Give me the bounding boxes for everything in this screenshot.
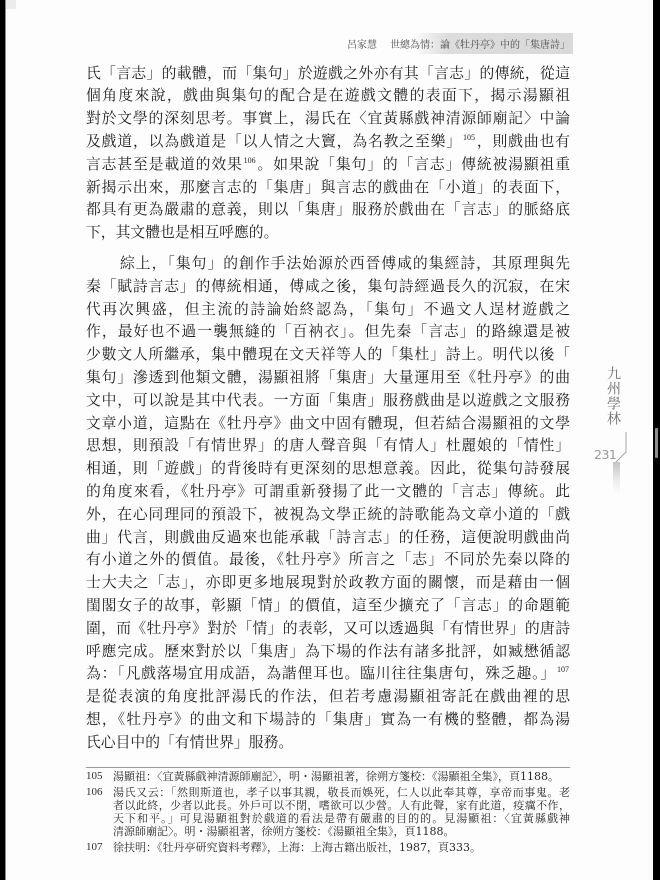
body-line: 的角度來看，《牡丹亭》可謂重新發揚了此一文體的「言志」傳統。此: [86, 481, 570, 504]
body-line: 文章小道，這點在《牡丹亭》曲文中固有體現，但若結合湯顯祖的文學: [86, 413, 570, 436]
journal-logo: 九州學林: [603, 366, 623, 426]
body-line: 曲」代言，則戲曲反過來也能承載「詩言志」的任務，這便說明戲曲尚: [86, 527, 570, 550]
footnote-106: 106 湯氏又云：「然則斯道也，孝子以事其親，敬長而娛死，仁人以此奉其尊，享帝而…: [86, 786, 570, 838]
page-number: 231: [594, 447, 616, 462]
page-corner-mark: [6, 0, 16, 9]
body-text: 氏「言志」的載體，而「集句」於遊戲之外亦有其「言志」的傳統，從這 個角度來說，戲…: [86, 63, 570, 755]
body-line: 為：「凡戲落場宜用成語，為諧俚耳也。臨川往往集唐句，殊乏趣。」107: [86, 663, 570, 686]
footnote-text: 湯氏又云：「然則斯道也，孝子以事其親，敬長而娛死，仁人以此奉其尊，享帝而事鬼。老…: [113, 786, 570, 838]
line-text: 為：「凡戲落場宜用成語，為諧俚耳也。臨川往往集唐句，殊乏趣。」: [86, 665, 556, 682]
footnote-line: 天下和平。」可見湯顯祖對於戲道的看法是帶有嚴肅的目的的。見湯顯祖：〈宜黃縣戲神: [113, 812, 570, 825]
footnote-text: 湯顯祖：〈宜黃縣戲神清源師廟記〉，明・湯顯祖著，徐朔方箋校：《湯顯祖全集》，頁1…: [113, 770, 570, 783]
footnote-105: 105 湯顯祖：〈宜黃縣戲神清源師廟記〉，明・湯顯祖著，徐朔方箋校：《湯顯祖全集…: [86, 770, 570, 783]
line-text: 。如果說「集句」的「言志」傳統被湯顯祖重: [257, 156, 570, 173]
header-author: 呂家慧: [347, 36, 377, 51]
body-line: 代再次興盛，但主流的詩論始終認為，「集句」不過文人逞材遊戲之: [86, 299, 570, 322]
header-article-title: 世總為情：論《牡丹亭》中的「集唐詩」: [390, 36, 570, 51]
line-text: ，則戲曲也有: [476, 133, 570, 150]
body-line: 言志甚至是載道的效果106。如果說「集句」的「言志」傳統被湯顯祖重: [86, 154, 570, 177]
footnote-line: 湯顯祖：〈宜黃縣戲神清源師廟記〉，明・湯顯祖著，徐朔方箋校：《湯顯祖全集》，頁1…: [113, 770, 570, 783]
body-line: 相通，則「遊戲」的背後時有更深刻的思想意義。因此，從集句詩發展: [86, 458, 570, 481]
footnote-text: 徐扶明：《牡丹亭研究資料考釋》，上海：上海古籍出版社，1987，頁333。: [113, 841, 570, 854]
footnote-107: 107 徐扶明：《牡丹亭研究資料考釋》，上海：上海古籍出版社，1987，頁333…: [86, 841, 570, 854]
body-line: 氏心目中的「有情世界」服務。: [86, 732, 570, 755]
footnote-number: 107: [86, 841, 113, 854]
body-line: 新揭示出來，那麼言志的「集唐」與言志的戲曲在「小道」的表面下，: [86, 177, 570, 200]
body-line: 閨閣女子的故事，彰顯「情」的價值，這至少擴充了「言志」的命題範: [86, 595, 570, 618]
body-line: 想，《牡丹亭》的曲文和下場詩的「集唐」實為一有機的整體，都為湯: [86, 709, 570, 732]
running-header: 呂家慧 世總為情：論《牡丹亭》中的「集唐詩」: [347, 35, 570, 52]
body-line: 文中，可以說是其中代表。一方面「集唐」服務戲曲是以遊戲之文服務: [86, 390, 570, 413]
footnote-line: 清源師廟記〉。明・湯顯祖著，徐朔方箋校：《湯顯祖全集》，頁1188。: [113, 825, 570, 838]
folio-bracket-icon: [600, 425, 640, 505]
body-line: 個角度來說，戲曲與集句的配合是在遊戲文體的表面下，揭示湯顯祖: [86, 85, 570, 108]
paragraph-1: 氏「言志」的載體，而「集句」於遊戲之外亦有其「言志」的傳統，從這 個角度來說，戲…: [86, 63, 570, 245]
footnote-number: 106: [86, 786, 113, 838]
page-left-border: [5, 0, 6, 880]
footnote-separator: [86, 767, 570, 768]
line-text: 言志甚至是載道的效果: [86, 156, 243, 173]
footnote-line: 湯氏又云：「然則斯道也，孝子以事其親，敬長而娛死，仁人以此奉其尊，享帝而事鬼。老: [113, 786, 570, 799]
body-line: 圍，而《牡丹亭》對於「情」的表彰，又可以透過與「有情世界」的唐詩: [86, 618, 570, 641]
body-line: 集句」滲透到他類文體，湯顯祖將「集唐」大量運用至《牡丹亭》的曲: [86, 367, 570, 390]
body-line: 都具有更為嚴肅的意義，則以「集唐」服務於戲曲在「言志」的脈絡底: [86, 199, 570, 222]
body-line: 呼應完成。歷來對於以「集唐」為下場的作法有諸多批評，如臧懋循認: [86, 641, 570, 664]
folio-shade: [613, 462, 620, 495]
body-line: 外，在心同理同的預設下，被視為文學正統的詩歌能為文章小道的「戲: [86, 504, 570, 527]
paragraph-2: 綜上，「集句」的創作手法始源於西晉傅咸的集經詩，其原理與先 秦「賦詩言志」的傳統…: [86, 253, 570, 755]
line-text: 及戲道，以為戲道是「以人情之大竇，為名教之至樂」: [86, 133, 462, 150]
body-line: 思想，則預設「有情世界」的唐人聲音與「有情人」杜麗娘的「情性」: [86, 435, 570, 458]
body-line: 作，最好也不過一襲無縫的「百衲衣」。但先秦「言志」的路線還是被: [86, 321, 570, 344]
body-line: 士大夫之「志」，亦即更多地展現對於政教方面的關懷，而是藉由一個: [86, 572, 570, 595]
body-line: 秦「賦詩言志」的傳統相通，傅咸之後，集句詩經過長久的沉寂，在宋: [86, 276, 570, 299]
body-line: 是從表演的角度批評湯氏的作法，但若考慮湯顯祖寄託在戲曲裡的思: [86, 686, 570, 709]
footnote-line: 者以此終，少者以此長。外戶可以不閉，嗜欲可以少營。人有此聲，家有此道，疫癘不作，: [113, 799, 570, 812]
body-line: 對於文學的深刻思考。事實上，湯氏在〈宜黃縣戲神清源師廟記〉中論: [86, 108, 570, 131]
body-line: 有小道之外的價值。最後，《牡丹亭》所言之「志」不同於先秦以降的: [86, 549, 570, 572]
footnotes: 105 湯顯祖：〈宜黃縣戲神清源師廟記〉，明・湯顯祖著，徐朔方箋校：《湯顯祖全集…: [86, 770, 570, 854]
footnote-line: 徐扶明：《牡丹亭研究資料考釋》，上海：上海古籍出版社，1987，頁333。: [113, 841, 570, 854]
footnote-number: 105: [86, 770, 113, 783]
body-line: 及戲道，以為戲道是「以人情之大竇，為名教之至樂」105，則戲曲也有: [86, 131, 570, 154]
scrollbar-thumb[interactable]: [655, 428, 658, 458]
body-line: 綜上，「集句」的創作手法始源於西晉傅咸的集經詩，其原理與先: [86, 253, 570, 276]
body-line: 少數文人所繼承，集中體現在文天祥等人的「集杜」詩上。明代以後「: [86, 344, 570, 367]
body-line: 氏「言志」的載體，而「集句」於遊戲之外亦有其「言志」的傳統，從這: [86, 63, 570, 86]
body-line: 下，其文體也是相互呼應的。: [86, 222, 570, 245]
